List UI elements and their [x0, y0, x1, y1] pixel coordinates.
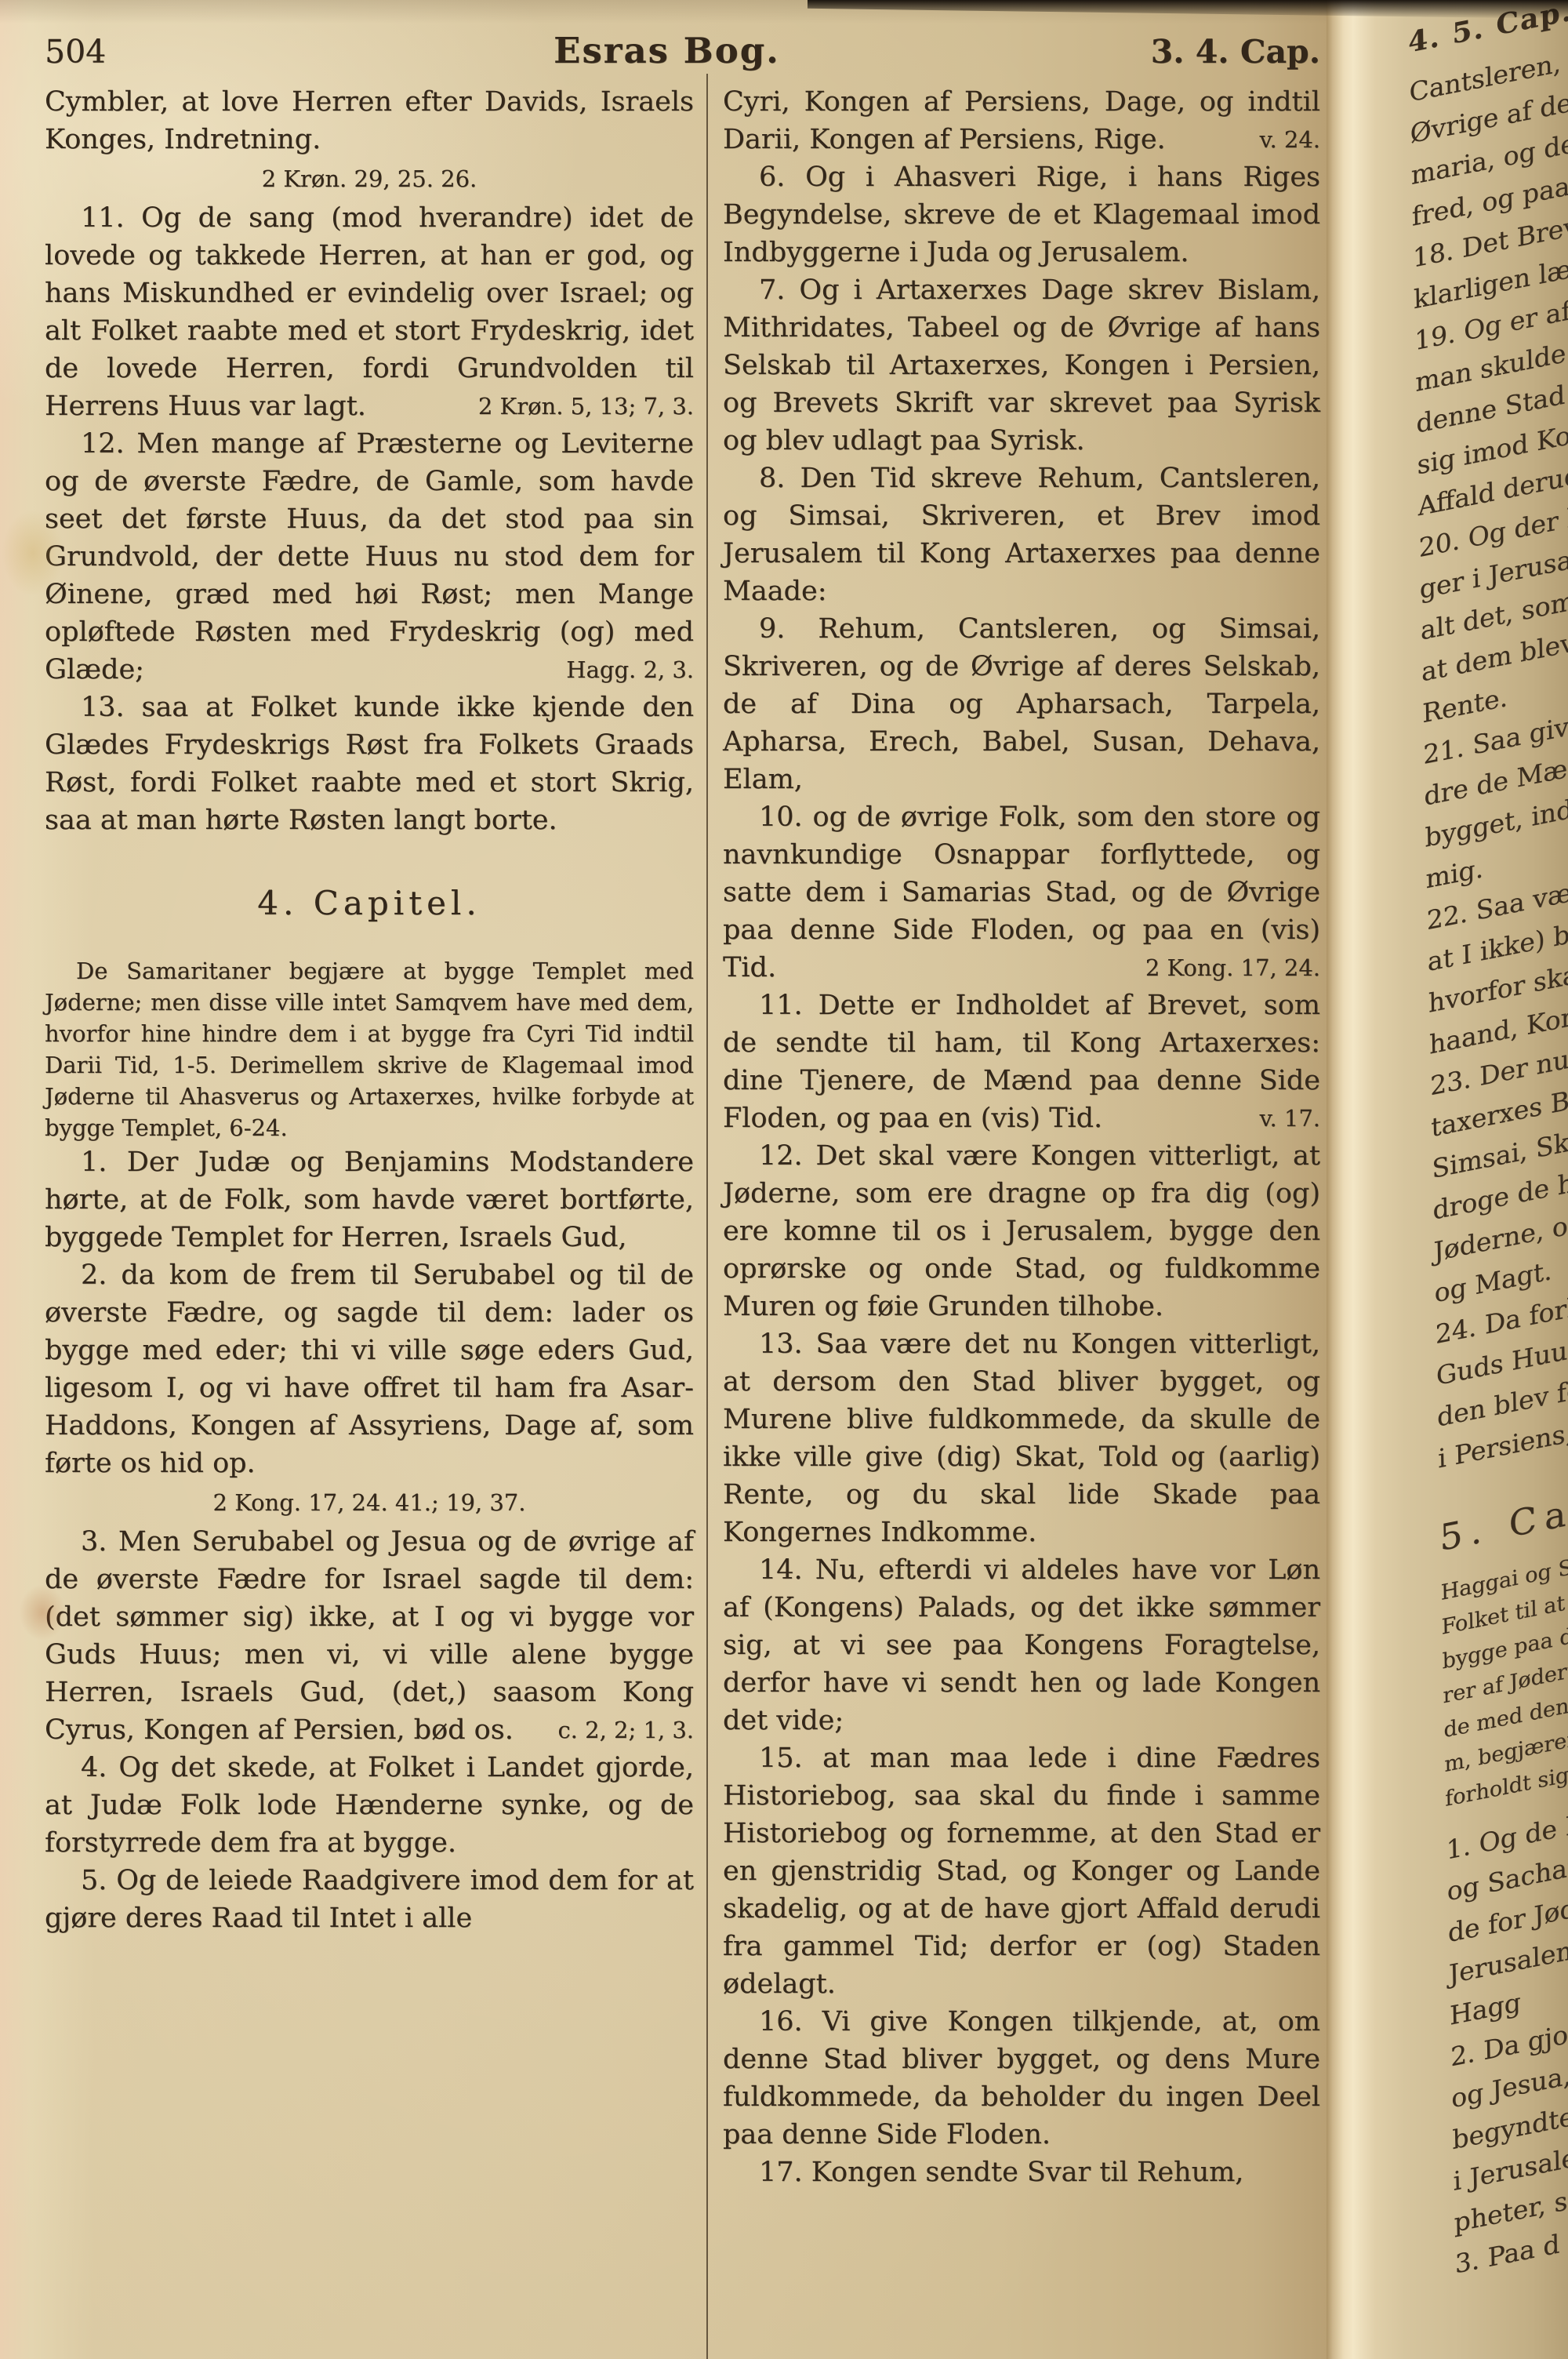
continuation-paragraph: Cyri, Kongen af Persiens, Dage, og indti…: [723, 83, 1320, 158]
page-504: 504 Esras Bog. 3. 4. Cap. Cymbler, at lo…: [0, 0, 1333, 2359]
verse-12: 12. Men mange af Præsterne og Leviterne …: [45, 425, 694, 689]
verse-reference: Hagg. 2, 3.: [530, 651, 694, 689]
verse-13: 13. saa at Folket kunde ikke kjende den …: [45, 689, 694, 839]
left-column: Cymbler, at love Herren efter Davids, Is…: [45, 83, 694, 1937]
book-photo: 504 Esras Bog. 3. 4. Cap. Cymbler, at lo…: [0, 0, 1568, 2359]
column-divider: [706, 74, 708, 2359]
verse-9: 9. Rehum, Cantsleren, og Simsai, Skriver…: [723, 610, 1320, 798]
verse-6: 6. Og i Ahasveri Rige, i hans Riges Begy…: [723, 158, 1320, 271]
verse-13: 13. Saa være det nu Kongen vitterligt, a…: [723, 1325, 1320, 1551]
verse-reference: v. 17.: [1224, 1100, 1321, 1137]
verse-11: 11. Dette er Indholdet af Brevet, som de…: [723, 987, 1320, 1137]
verse-text: Cyri, Kongen af Persiens, Dage, og indti…: [723, 86, 1320, 155]
verse-reference: 2 Kong. 17, 24.: [1109, 949, 1320, 987]
verse-5: 5. Og de leiede Raadgivere imod dem for …: [45, 1862, 694, 1937]
verse-17: 17. Kongen sendte Svar til Rehum,: [723, 2154, 1320, 2191]
right-column: Cyri, Kongen af Persiens, Dage, og indti…: [723, 83, 1320, 2191]
verse-3: 3. Men Serubabel og Jesua og de øvrige a…: [45, 1523, 694, 1749]
verse-reference: c. 2, 2; 1, 3.: [521, 1711, 694, 1749]
adjacent-page-content: 4. 5. Cap. Cantsleren, og Sim Øvrige af …: [1407, 0, 1568, 2285]
adjacent-page-text: Cantsleren, og Sim Øvrige af deres Self …: [1409, 5, 1568, 1480]
chapter-summary: De Samaritaner begjære at bygge Templet …: [45, 955, 694, 1143]
running-header: 504 Esras Bog. 3. 4. Cap.: [45, 30, 1320, 71]
verse-4: 4. Og det skede, at Folket i Landet gjor…: [45, 1749, 694, 1862]
adjacent-summary-text: Haggai og Sacharias, Folket til at bygge…: [1440, 1510, 1568, 1817]
cross-reference: 2 Kong. 17, 24. 41.; 19, 37.: [45, 1482, 694, 1523]
chapter-reference: 3. 4. Cap.: [1116, 33, 1320, 71]
verse-16: 16. Vi give Kongen tilkjende, at, om den…: [723, 2003, 1320, 2154]
verse-reference: v. 24.: [1260, 121, 1321, 158]
verse-10: 10. og de øvrige Folk, som den store og …: [723, 798, 1320, 987]
verse-7: 7. Og i Artaxerxes Dage skrev Bislam, Mi…: [723, 271, 1320, 460]
chapter-heading: 4. Capitel.: [45, 885, 694, 922]
verse-15: 15. at man maa lede i dine Fædres Histor…: [723, 1739, 1320, 2003]
verse-reference: 2 Krøn. 5, 13; 7, 3.: [442, 387, 694, 425]
verse-1: 1. Der Judæ og Benjamins Modstandere hør…: [45, 1143, 694, 1256]
paper-stain: [2, 510, 64, 596]
cross-reference: 2 Krøn. 29, 25. 26.: [45, 158, 694, 199]
adjacent-verses-text: 1. Og de Propheter, og Sacharias, Idd de…: [1446, 1763, 1568, 2285]
continuation-paragraph: Cymbler, at love Herren efter Davids, Is…: [45, 83, 694, 158]
adjacent-page: 4. 5. Cap. Cantsleren, og Sim Øvrige af …: [1327, 0, 1568, 2359]
verse-12: 12. Det skal være Kongen vitterligt, at …: [723, 1137, 1320, 1325]
paper-stain: [19, 1584, 66, 1641]
verse-8: 8. Den Tid skreve Rehum, Cantsleren, og …: [723, 460, 1320, 610]
verse-2: 2. da kom de frem til Serubabel og til d…: [45, 1256, 694, 1482]
page-number: 504: [45, 33, 217, 71]
verse-text: 12. Men mange af Præsterne og Leviterne …: [45, 428, 694, 685]
verse-14: 14. Nu, efterdi vi aldeles have vor Løn …: [723, 1551, 1320, 1739]
book-title: Esras Bog.: [217, 30, 1116, 71]
verse-11: 11. Og de sang (mod hverandre) idet de l…: [45, 199, 694, 425]
